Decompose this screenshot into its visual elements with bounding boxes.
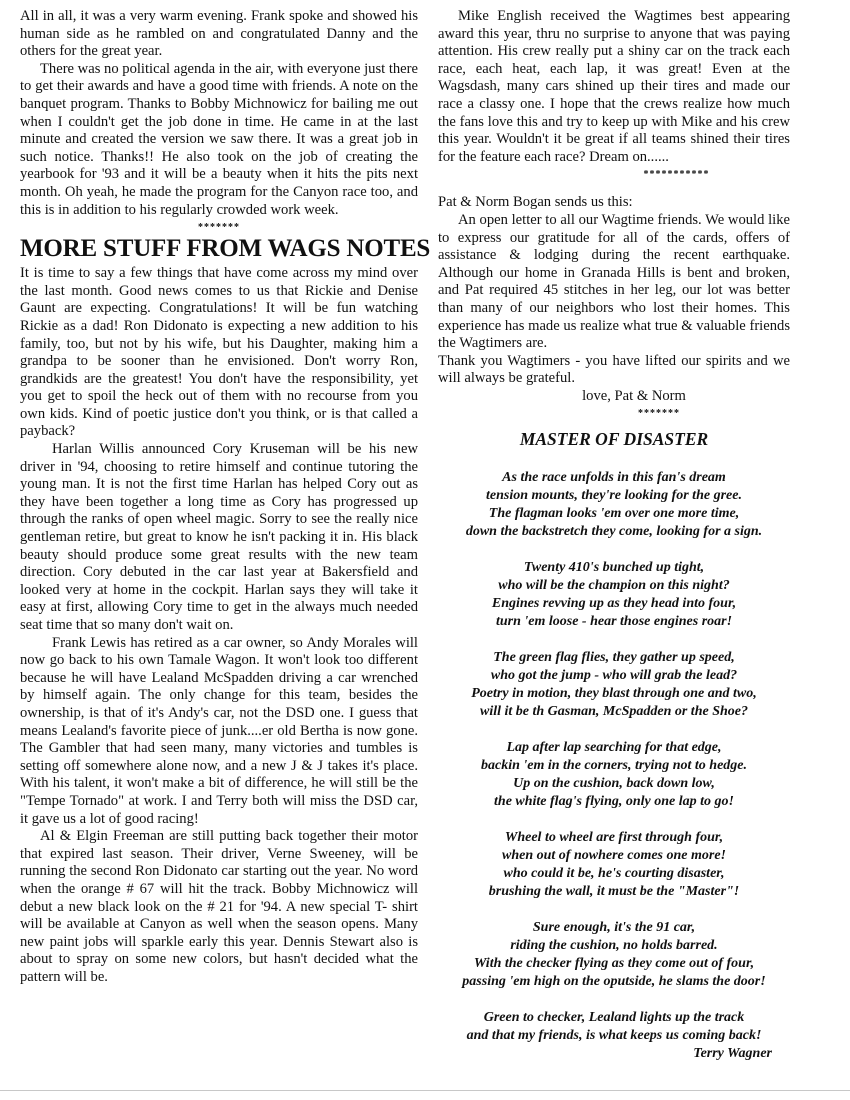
poem-line: Lap after lap searching for that edge, [438,739,790,757]
poem-line: riding the cushion, no holds barred. [438,937,790,955]
poem-line: Wheel to wheel are first through four, [438,829,790,847]
poem-line: down the backstretch they come, looking … [438,523,790,541]
poem-line: Up on the cushion, back down low, [438,775,790,793]
poem-line: when out of nowhere comes one more! [438,847,790,865]
poem-stanza: Lap after lap searching for that edge, b… [438,739,790,811]
letter-thanks: Thank you Wagtimers - you have lifted ou… [438,353,790,388]
poem-line: The flagman looks 'em over one more time… [438,505,790,523]
letter-body: An open letter to all our Wagtime friend… [438,212,790,353]
intro-paragraph: All in all, it was a very warm evening. … [20,8,418,61]
intro-paragraph: There was no political agenda in the air… [20,61,418,219]
section-separator: *********** [438,168,790,182]
right-column: Mike English received the Wagtimes best … [438,8,790,1063]
poem-line: will it be th Gasman, McSpadden or the S… [438,703,790,721]
poem-line: turn 'em loose - hear those engines roar… [438,613,790,631]
poem-line: Green to checker, Lealand lights up the … [438,1009,790,1027]
poem: As the race unfolds in this fan's dream … [438,469,790,1063]
poem-stanza: The green flag flies, they gather up spe… [438,649,790,721]
poem-line: Twenty 410's bunched up tight, [438,559,790,577]
poem-line: brushing the wall, it must be the "Maste… [438,883,790,901]
page-bottom-rule [0,1090,850,1091]
article-headline: MORE STUFF FROM WAGS NOTES [20,235,418,263]
poem-line: who could it be, he's courting disaster, [438,865,790,883]
poem-line: The green flag flies, they gather up spe… [438,649,790,667]
article-paragraph: Al & Elgin Freeman are still putting bac… [20,828,418,986]
poem-line: who will be the champion on this night? [438,577,790,595]
poem-title: MASTER OF DISASTER [438,429,790,449]
article-paragraph: Harlan Willis announced Cory Kruseman wi… [20,441,418,635]
poem-line: As the race unfolds in this fan's dream [438,469,790,487]
poem-line: Sure enough, it's the 91 car, [438,919,790,937]
poem-stanza: As the race unfolds in this fan's dream … [438,469,790,541]
poem-stanza: Green to checker, Lealand lights up the … [438,1009,790,1045]
poem-stanza: Wheel to wheel are first through four, w… [438,829,790,901]
poem-line: tension mounts, they're looking for the … [438,487,790,505]
poem-line: who got the jump - who will grab the lea… [438,667,790,685]
mike-english-paragraph: Mike English received the Wagtimes best … [438,8,790,166]
poem-line: and that my friends, is what keeps us co… [438,1027,790,1045]
letter-intro: Pat & Norm Bogan sends us this: [438,194,790,212]
poem-author: Terry Wagner [438,1045,790,1063]
left-column: All in all, it was a very warm evening. … [20,8,418,986]
poem-line: With the checker flying as they come out… [438,955,790,973]
letter-signoff: love, Pat & Norm [438,388,790,406]
poem-stanza: Twenty 410's bunched up tight, who will … [438,559,790,631]
poem-stanza: Sure enough, it's the 91 car, riding the… [438,919,790,991]
poem-line: Engines revving up as they head into fou… [438,595,790,613]
poem-line: passing 'em high on the oputside, he sla… [438,973,790,991]
poem-line: backin 'em in the corners, trying not to… [438,757,790,775]
poem-line: Poetry in motion, they blast through one… [438,685,790,703]
article-paragraph: It is time to say a few things that have… [20,265,418,441]
section-separator: ******* [20,221,418,235]
section-separator: ******* [438,407,790,421]
poem-line: the white flag's flying, only one lap to… [438,793,790,811]
article-paragraph: Frank Lewis has retired as a car owner, … [20,635,418,829]
